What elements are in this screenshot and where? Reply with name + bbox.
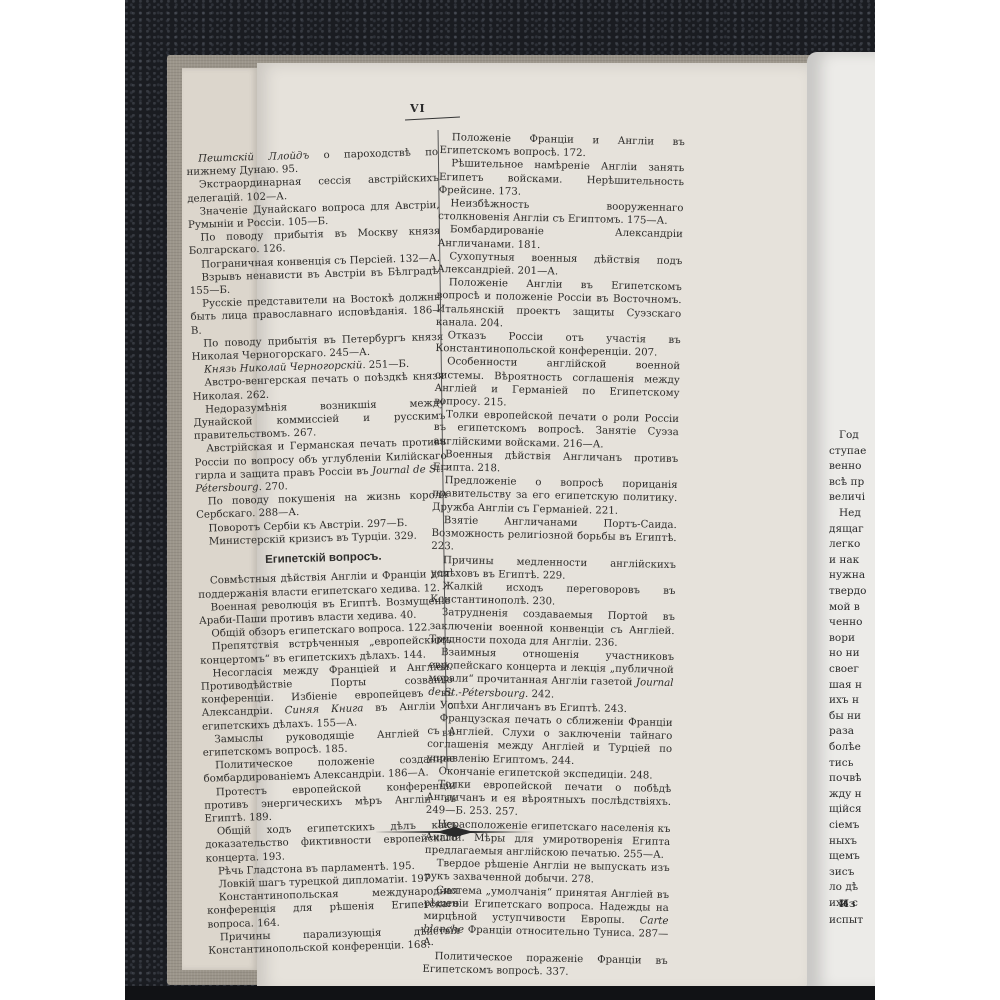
fragment-line: величі [829, 490, 865, 506]
fragment-line: испыт [829, 913, 863, 929]
fragment-line: зисъ [829, 865, 854, 881]
fragment-line: щійся [829, 802, 862, 818]
fragment-line: ихъ н [829, 693, 859, 709]
ornament-divider-icon [375, 826, 535, 838]
page-number: VI [410, 102, 426, 115]
right-page-fragment: Годступаевенновсѣ првеличіНеддящаглегкои… [807, 52, 875, 990]
dark-background [125, 986, 875, 1000]
index-entry: Система „умолчанія“ принятая Англіей въ … [423, 883, 669, 954]
fragment-line: мой в [829, 600, 860, 616]
index-entry: Взятіе Англичанами Портъ-Саида. Возможно… [431, 514, 677, 559]
index-entry: Особенности англійской военной системы. … [434, 355, 680, 413]
index-entry: Предложеніе о вопросѣ порицанія правител… [432, 474, 678, 519]
index-entry: Нерасположеніе египетскаго населенія къ … [425, 817, 671, 862]
fragment-line: сіемъ [829, 818, 859, 834]
fragment-line: легко [829, 537, 860, 553]
index-entry: Русскіе представители на Востокѣ должны … [190, 291, 443, 338]
fragment-line: Год [839, 428, 859, 444]
section-entries: Совмѣстныя дѣйствія Англіи и Франціи для… [198, 568, 461, 958]
index-entry: Несогласія между Франціей и Англіей. Про… [200, 660, 454, 733]
fragment-line: тись [829, 756, 853, 772]
index-entry: Затрудненія создаваемыя Портой въ заключ… [429, 606, 675, 651]
fragment-line: ступае [829, 444, 866, 460]
fragment-line: жду н [829, 787, 862, 803]
fragment-line: всѣ пр [829, 475, 864, 491]
fragment-line: но ни [829, 646, 860, 662]
fragment-line: ло дѣ [829, 880, 858, 896]
fragment-line: щемъ [829, 849, 860, 865]
index-entry: Рѣшительное намѣреніе Англіи занять Егип… [439, 157, 685, 202]
left-entries: Пештскій Ллойдъ о пароходствѣ по нижнему… [186, 146, 449, 549]
section-title: Египетскій вопросъ. [197, 549, 449, 569]
fragment-line: ченно [829, 615, 862, 631]
fragment-line: ныхъ [829, 834, 857, 850]
fragment-line: твердо [829, 584, 866, 600]
fragment-line: дящаг [829, 522, 864, 538]
right-entries: Положеніе Франціи и Англіи въ Египетском… [422, 131, 685, 981]
fragment-line: нужна [829, 568, 865, 584]
index-entry: Толки европейской печати о побѣдѣ Англич… [426, 778, 672, 823]
fragment-line: своег [829, 662, 859, 678]
index-entry: Положеніе Англіи въ Египетскомъ вопросѣ … [436, 276, 682, 334]
fragment-line: венно [829, 459, 861, 475]
index-entry: Константинопольская международная конфер… [207, 885, 460, 932]
fragment-line: вори [829, 631, 855, 647]
fragment-line: шая н [829, 678, 862, 694]
fragment-line: бы ни [829, 709, 861, 725]
right-column: Положеніе Франціи и Англіи въ Египетском… [422, 131, 685, 981]
fragment-line: раза [829, 724, 854, 740]
fragment-line: болѣе [829, 740, 861, 756]
fragment-line: почвѣ [829, 771, 862, 787]
index-entry: Политическое пораженіе Франціи въ Египет… [422, 949, 667, 981]
index-entry: Французская печать о сближеніи Франціи с… [427, 712, 673, 770]
fragment-line: Из [839, 897, 856, 913]
index-entry: Взаимныя отношенія участниковъ европейск… [428, 646, 674, 704]
fragment-line: и нак [829, 553, 859, 569]
index-entry: Толки европейской печати о роли Россіи в… [433, 408, 679, 453]
fragment-line: Нед [839, 506, 861, 522]
index-entry: Австрійская и Германская печать противъ … [194, 436, 447, 496]
